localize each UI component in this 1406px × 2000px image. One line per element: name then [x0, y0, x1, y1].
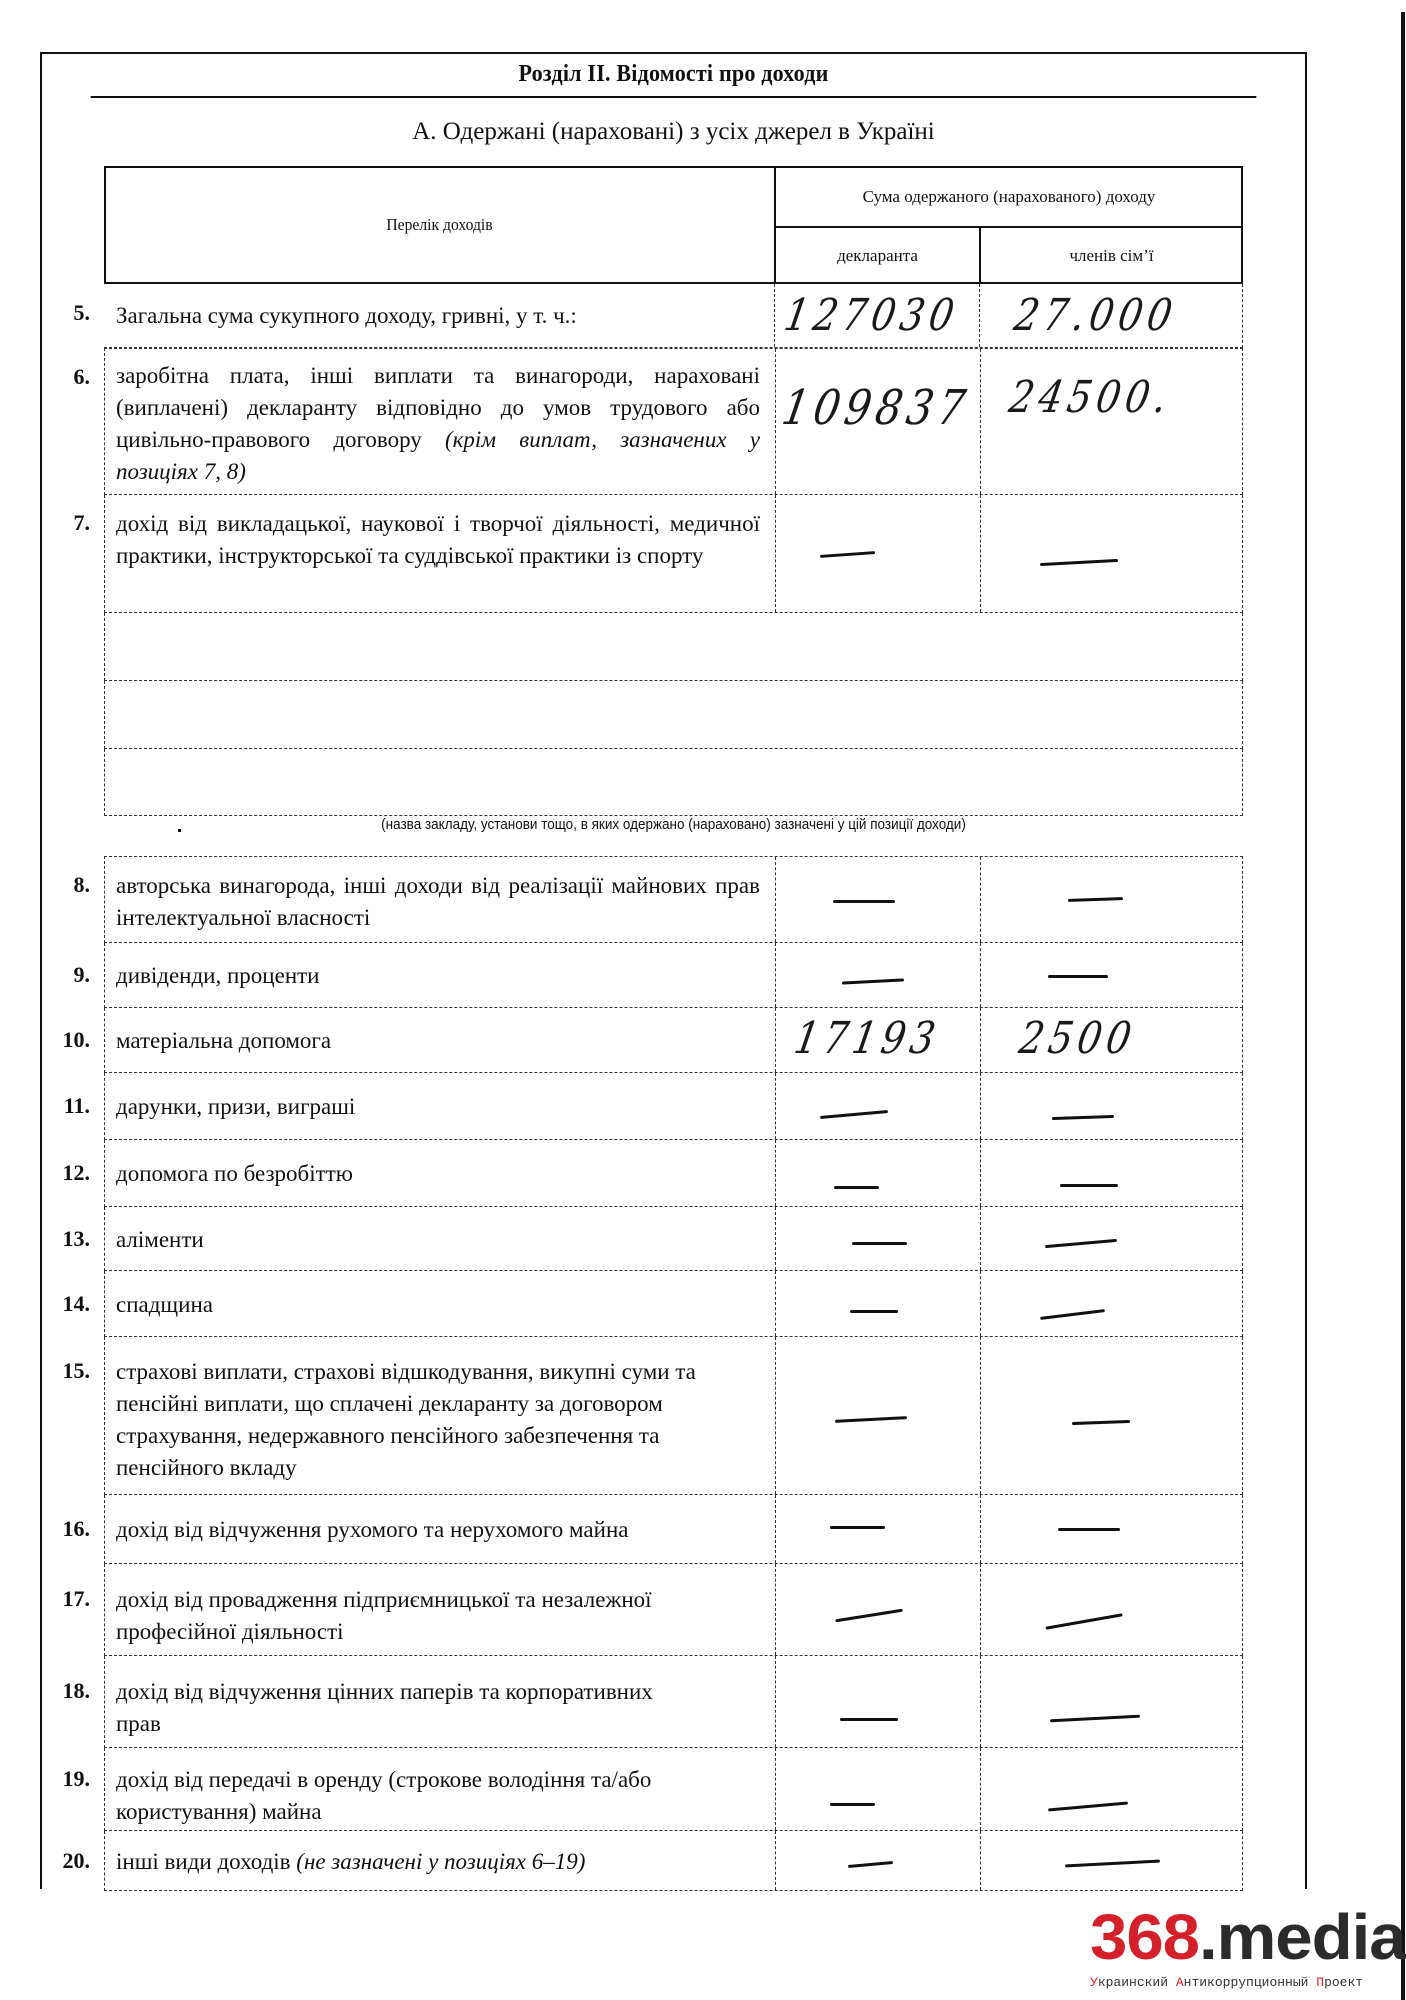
watermark: 368.media Украинский Антикоррупционный П…	[1090, 1905, 1406, 2000]
dash-mark	[833, 900, 895, 903]
row-number: 19.	[34, 1766, 90, 1792]
dash-mark	[834, 1186, 879, 1189]
watermark-logo: 368.media	[1090, 1905, 1406, 1969]
row-label-main: інші види доходів	[116, 1849, 291, 1874]
header-income-sum: Сума одержаного (нарахованого) доходу	[775, 166, 1243, 227]
institution-blank-row[interactable]	[104, 749, 1243, 816]
institution-note: (назва закладу, установи тощо, в яких од…	[161, 816, 1186, 833]
row-label: інші види доходів (не зазначені у позиці…	[116, 1846, 766, 1878]
family-value: 24500.	[1006, 372, 1176, 423]
row-label: дохід від відчуження цінних паперів та к…	[116, 1676, 656, 1740]
section-title: Розділ II. Відомості про доходи	[91, 52, 1257, 98]
row-number: 5.	[34, 300, 90, 326]
declarant-value: 17193	[791, 1013, 944, 1064]
watermark-logo-domain: .media	[1199, 1901, 1406, 1973]
row-number: 10.	[34, 1027, 90, 1053]
row-number: 14.	[34, 1291, 90, 1317]
dash-mark	[1060, 1184, 1118, 1187]
watermark-tagline: Украинский Антикоррупционный Проект	[1090, 1975, 1406, 1990]
row-label-note: (не зазначені у позиціях 6–19)	[296, 1849, 585, 1874]
row-number: 15.	[34, 1358, 90, 1384]
family-value: 2500	[1016, 1013, 1141, 1064]
row-label: дивіденди, проценти	[116, 960, 760, 992]
row-label: дарунки, призи, виграші	[116, 1091, 760, 1123]
dash-mark	[830, 1526, 885, 1529]
row-label: спадщина	[116, 1289, 760, 1321]
scan-speck	[178, 829, 181, 832]
row-label: заробітна плата, інші виплати та винагор…	[116, 360, 760, 488]
row-label: дохід від відчуження рухомого та нерухом…	[116, 1514, 760, 1546]
row-label: аліменти	[116, 1224, 760, 1256]
dash-mark	[830, 1803, 875, 1806]
declarant-value: 109837	[778, 380, 974, 436]
row-number: 17.	[34, 1586, 90, 1612]
subsection-title: А. Одержані (нараховані) з усіх джерел в…	[40, 118, 1307, 146]
row-label: авторська винагорода, інші доходи від ре…	[116, 870, 760, 934]
header-declarant: декларанта	[775, 227, 980, 284]
watermark-logo-number: 368	[1090, 1901, 1199, 1973]
row-number: 13.	[34, 1226, 90, 1252]
row-number: 6.	[34, 364, 90, 390]
row-label: допомога по безробіттю	[116, 1158, 760, 1190]
declarant-value: 127030	[781, 290, 963, 341]
dash-mark	[1058, 1528, 1120, 1531]
section-title-text: Розділ II. Відомості про доходи	[518, 61, 828, 88]
scan-edge-line	[1401, 12, 1405, 2000]
dash-mark	[1048, 975, 1108, 978]
row-number: 16.	[34, 1516, 90, 1542]
row-label: страхові виплати, страхові відшкодування…	[116, 1356, 716, 1484]
dash-mark	[852, 1242, 907, 1245]
institution-blank-row[interactable]	[104, 681, 1243, 749]
row-label: дохід від викладацької, наукової і творч…	[116, 508, 760, 572]
header-family: членів сім’ї	[980, 227, 1243, 284]
row-number: 18.	[34, 1678, 90, 1704]
row-label: Загальна сума сукупного доходу, гривні, …	[116, 300, 760, 332]
row-number: 20.	[34, 1848, 90, 1874]
header-income-list: Перелік доходів	[131, 166, 748, 284]
row-number: 9.	[34, 962, 90, 988]
dash-mark	[840, 1718, 898, 1721]
row-number: 12.	[34, 1160, 90, 1186]
row-number: 11.	[34, 1093, 90, 1119]
row-label: дохід від провадження підприємницької та…	[116, 1584, 656, 1648]
row-label: дохід від передачі в оренду (строкове во…	[116, 1764, 716, 1828]
row-number: 8.	[34, 872, 90, 898]
row-number: 7.	[34, 510, 90, 536]
family-value: 27.000	[1011, 290, 1181, 341]
institution-blank-row[interactable]	[104, 613, 1243, 681]
row-label: матеріальна допомога	[116, 1025, 760, 1057]
dash-mark	[850, 1310, 898, 1313]
